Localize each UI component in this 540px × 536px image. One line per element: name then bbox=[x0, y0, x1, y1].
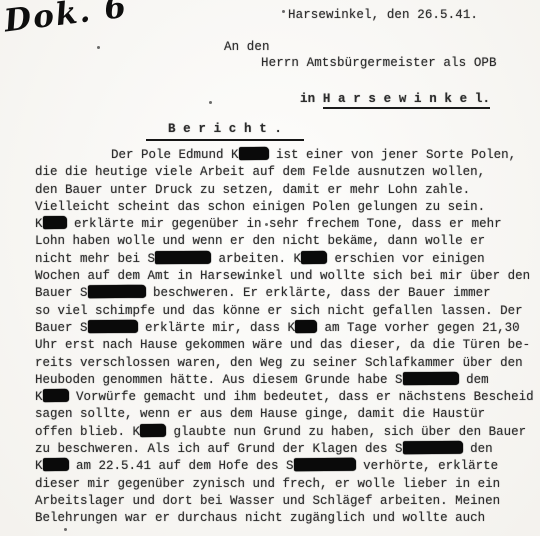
body-line: so viel schimpfe und das könne er sich n… bbox=[35, 303, 540, 320]
scan-speck bbox=[97, 46, 100, 49]
body-line: Lohn haben wolle und wenn er den nicht b… bbox=[35, 233, 540, 250]
body-line: dieser mir gegenüber zynisch und frech, … bbox=[35, 476, 540, 493]
redaction-bar bbox=[301, 251, 327, 264]
body-line: Uhr erst nach Hause gekommen wäre und da… bbox=[35, 337, 540, 354]
body-line: K Vorwürfe gemacht und ihm bedeutet, das… bbox=[35, 389, 540, 406]
body-line: die die heutige viele Arbeit auf dem Fel… bbox=[35, 164, 540, 181]
redaction-bar bbox=[87, 320, 137, 333]
body-line: Vielleicht scheint das schon einigen Pol… bbox=[35, 199, 540, 216]
dateline: Harsewinkel, den 26.5.41. bbox=[288, 7, 478, 23]
redaction-bar bbox=[42, 389, 68, 402]
redaction-bar bbox=[155, 251, 211, 264]
redaction-bar bbox=[42, 458, 68, 471]
body-line: Der Pole Edmund K ist einer von jener So… bbox=[35, 147, 540, 164]
report-body: Der Pole Edmund K ist einer von jener So… bbox=[35, 147, 540, 528]
body-line: offen blieb. K glaubte nun Grund zu habe… bbox=[35, 424, 540, 441]
redaction-bar bbox=[238, 147, 268, 160]
body-line: Bauer S erklärte mir, dass K am Tage vor… bbox=[35, 320, 540, 337]
redaction-bar bbox=[42, 216, 66, 229]
recipient-line-2: Herrn Amtsbürgermeister als OPB bbox=[261, 55, 497, 71]
body-line: reits verschlossen waren, den Weg zu sei… bbox=[35, 355, 540, 372]
redaction-bar bbox=[87, 285, 145, 298]
redaction-bar bbox=[403, 372, 459, 385]
scan-speck bbox=[265, 223, 268, 226]
redaction-bar bbox=[403, 441, 463, 454]
recipient-line-1: An den bbox=[224, 39, 270, 55]
body-line: den Bauer unter Druck zu setzen, damit e… bbox=[35, 182, 540, 199]
scan-speck bbox=[209, 101, 212, 104]
body-line: Wochen auf dem Amt in Harsewinkel und wo… bbox=[35, 268, 540, 285]
recipient-place-prefix: in bbox=[300, 92, 323, 106]
recipient-place-name: H a r s e w i n k e l. bbox=[323, 92, 490, 109]
redaction-bar bbox=[295, 320, 317, 333]
body-line: zu beschweren. Als ich auf Grund der Kla… bbox=[35, 441, 540, 458]
recipient-place-line: in H a r s e w i n k e l. bbox=[300, 91, 490, 107]
redaction-bar bbox=[140, 424, 166, 437]
body-line: Heuboden genommen hätte. Aus diesem Grun… bbox=[35, 372, 540, 389]
body-line: K erklärte mir gegenüber in sehr frechem… bbox=[35, 216, 540, 233]
document-page: Dok. 6 Harsewinkel, den 26.5.41. An den … bbox=[0, 0, 540, 536]
body-line: nicht mehr bei S arbeiten. K erschien vo… bbox=[35, 251, 540, 268]
body-line: Belehrungen war er durchaus nicht zugäng… bbox=[35, 510, 540, 527]
body-line: sagen sollte, wenn er aus dem Hause ging… bbox=[35, 406, 540, 423]
scan-speck bbox=[282, 10, 285, 13]
scan-speck bbox=[64, 528, 67, 531]
body-line: Arbeitslager und dort bei Wasser und Sch… bbox=[35, 493, 540, 510]
document-title: B e r i c h t . bbox=[146, 121, 304, 141]
body-line: Bauer S beschweren. Er erklärte, dass de… bbox=[35, 285, 540, 302]
handwritten-annotation: Dok. 6 bbox=[2, 0, 130, 39]
body-line: K am 22.5.41 auf dem Hofe des S verhörte… bbox=[35, 458, 540, 475]
redaction-bar bbox=[294, 458, 356, 471]
